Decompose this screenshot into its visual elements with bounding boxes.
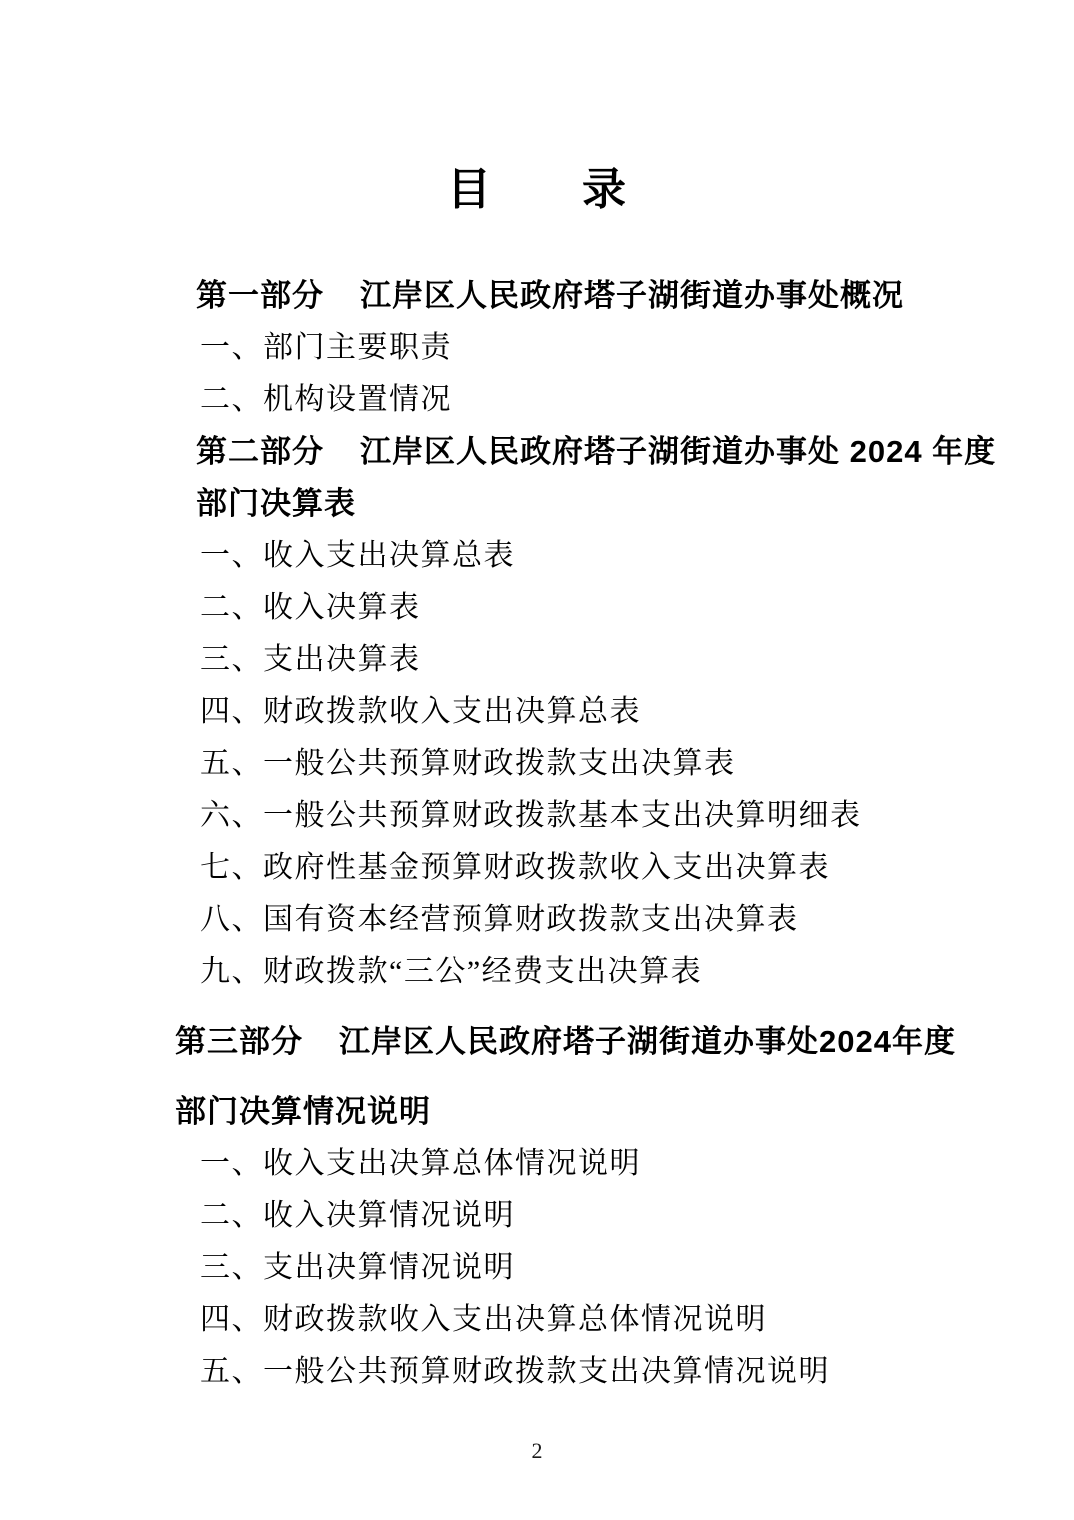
toc-item: 四、财政拨款收入支出决算总体情况说明 (175, 1290, 994, 1342)
page-title: 目 录 (175, 160, 899, 220)
toc-item: 二、机构设置情况 (175, 370, 994, 422)
section-heading: 第二部分江岸区人民政府塔子湖街道办事处 2024 年度 (175, 422, 994, 474)
section-label: 第三部分 (175, 1016, 303, 1061)
section-label: 第一部分 (196, 270, 324, 315)
toc-item: 一、收入支出决算总体情况说明 (175, 1134, 994, 1186)
toc-section-2: 第二部分江岸区人民政府塔子湖街道办事处 2024 年度部门决算表一、收入支出决算… (175, 422, 994, 994)
page-number: 2 (0, 1440, 1074, 1462)
toc-item: 九、财政拨款“三公”经费支出决算表 (175, 942, 994, 994)
toc-item: 一、收入支出决算总表 (175, 526, 994, 578)
section-label: 第二部分 (196, 426, 324, 471)
toc-item: 二、收入决算表 (175, 578, 994, 630)
toc-item: 六、一般公共预算财政拨款基本支出决算明细表 (175, 786, 994, 838)
document-page: 目 录 第一部分江岸区人民政府塔子湖街道办事处概况一、部门主要职责二、机构设置情… (0, 0, 1074, 1520)
toc-section-3: 第三部分江岸区人民政府塔子湖街道办事处2024年度部门决算情况说明一、收入支出决… (175, 1012, 994, 1394)
toc-item: 五、一般公共预算财政拨款支出决算情况说明 (175, 1342, 994, 1394)
toc-item: 四、财政拨款收入支出决算总表 (175, 682, 994, 734)
toc-item: 八、国有资本经营预算财政拨款支出决算表 (175, 890, 994, 942)
section-title-line: 江岸区人民政府塔子湖街道办事处概况 (360, 270, 904, 315)
section-title-line: 部门决算情况说明 (175, 1086, 431, 1131)
toc-item: 三、支出决算情况说明 (175, 1238, 994, 1290)
toc-item: 二、收入决算情况说明 (175, 1186, 994, 1238)
section-heading-continued: 部门决算情况说明 (175, 1082, 994, 1134)
toc-section-1: 第一部分江岸区人民政府塔子湖街道办事处概况一、部门主要职责二、机构设置情况 (175, 266, 994, 422)
section-title-line: 部门决算表 (196, 478, 356, 523)
section-heading: 第三部分江岸区人民政府塔子湖街道办事处2024年度 (175, 1012, 994, 1064)
toc-item: 三、支出决算表 (175, 630, 994, 682)
toc-item: 一、部门主要职责 (175, 318, 994, 370)
section-heading: 第一部分江岸区人民政府塔子湖街道办事处概况 (175, 266, 994, 318)
section-title-line: 江岸区人民政府塔子湖街道办事处 2024 年度 (360, 426, 996, 471)
section-heading-continued: 部门决算表 (175, 474, 994, 526)
toc-item: 五、一般公共预算财政拨款支出决算表 (175, 734, 994, 786)
section-title-line: 江岸区人民政府塔子湖街道办事处2024年度 (339, 1016, 956, 1061)
toc-item: 七、政府性基金预算财政拨款收入支出决算表 (175, 838, 994, 890)
table-of-contents: 第一部分江岸区人民政府塔子湖街道办事处概况一、部门主要职责二、机构设置情况第二部… (175, 266, 994, 1394)
